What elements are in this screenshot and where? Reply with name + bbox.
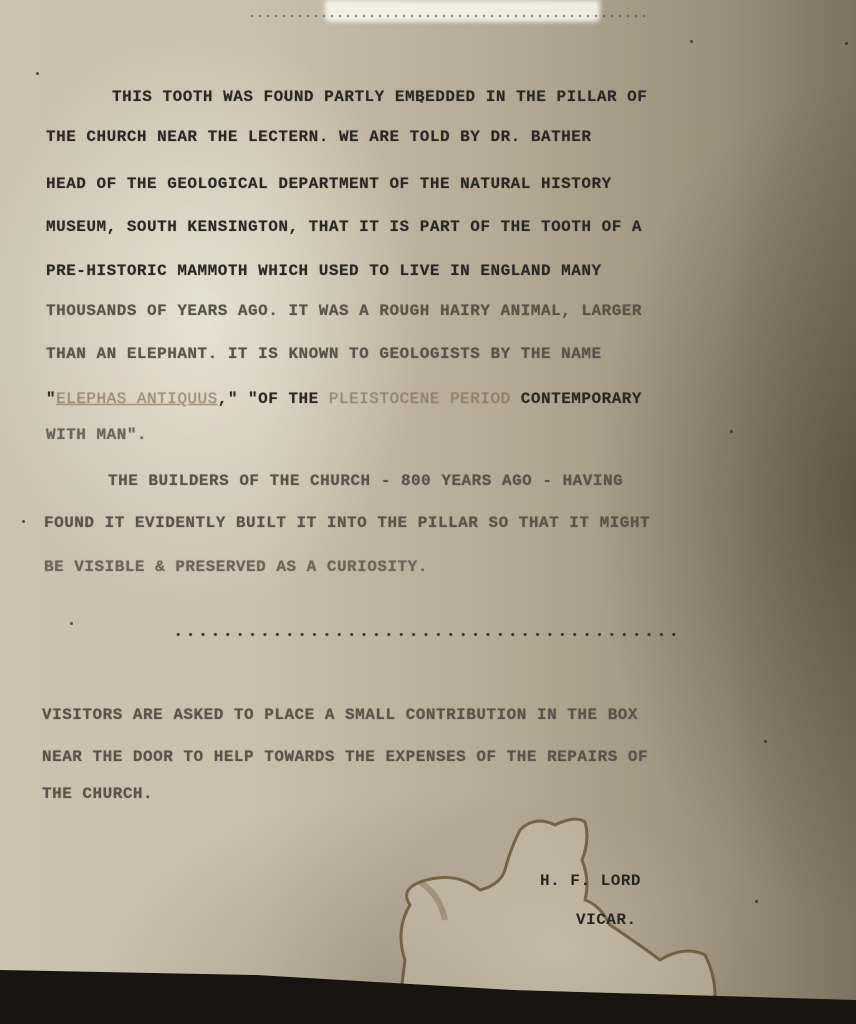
paragraph-3-line-2: NEAR THE DOOR TO HELP TOWARDS THE EXPENS… — [42, 748, 648, 766]
species-name-faded: ELEPHAS ANTIQUUS — [56, 390, 218, 408]
paragraph-1-line-2: THE CHURCH NEAR THE LECTERN. WE ARE TOLD… — [46, 128, 591, 146]
paragraph-1-line-5: PRE-HISTORIC MAMMOTH WHICH USED TO LIVE … — [46, 262, 602, 280]
paragraph-3-line-3: THE CHURCH. — [42, 785, 153, 803]
signature-title: VICAR. — [576, 911, 637, 929]
paragraph-1-line-3: HEAD OF THE GEOLOGICAL DEPARTMENT OF THE… — [46, 175, 612, 193]
paragraph-3-line-1: VISITORS ARE ASKED TO PLACE A SMALL CONT… — [42, 706, 638, 724]
signature-name: H. F. LORD — [540, 872, 641, 890]
paragraph-1-line-7: THAN AN ELEPHANT. IT IS KNOWN TO GEOLOGI… — [46, 345, 602, 363]
water-stain — [0, 0, 856, 1024]
ink-speck — [36, 72, 39, 75]
period-name-faded: PLEISTOCENE PERIOD — [329, 390, 511, 408]
paragraph-1-line-4: MUSEUM, SOUTH KENSINGTON, THAT IT IS PAR… — [46, 218, 642, 236]
ink-speck — [420, 100, 423, 103]
paragraph-1-line-6: THOUSANDS OF YEARS AGO. IT WAS A ROUGH H… — [46, 302, 642, 320]
ink-speck — [690, 40, 693, 43]
ink-speck — [845, 42, 848, 45]
ink-speck — [755, 900, 758, 903]
ink-speck — [22, 520, 25, 523]
ink-speck — [33, 980, 36, 983]
paragraph-1-line-9: WITH MAN". — [46, 426, 147, 444]
dotted-divider — [172, 632, 682, 637]
ink-speck — [730, 430, 733, 433]
paragraph-1-line-8: "ELEPHAS ANTIQUUS," "OF THE PLEISTOCENE … — [46, 390, 642, 408]
typed-notice-paper: THIS TOOTH WAS FOUND PARTLY EMBEDDED IN … — [0, 0, 856, 1000]
ink-speck — [620, 995, 623, 998]
line-8-end: CONTEMPORARY — [511, 390, 642, 408]
paragraph-2-line-2: FOUND IT EVIDENTLY BUILT IT INTO THE PIL… — [44, 514, 650, 532]
ink-speck — [764, 740, 767, 743]
paragraph-2-line-1: THE BUILDERS OF THE CHURCH - 800 YEARS A… — [108, 472, 623, 490]
open-quote: " — [46, 390, 56, 408]
ink-speck — [70, 622, 73, 625]
paragraph-2-line-3: BE VISIBLE & PRESERVED AS A CURIOSITY. — [44, 558, 428, 576]
line-8-mid: ," "OF THE — [218, 390, 329, 408]
paragraph-1-line-1: THIS TOOTH WAS FOUND PARTLY EMBEDDED IN … — [112, 88, 647, 106]
ink-speck — [284, 96, 287, 99]
